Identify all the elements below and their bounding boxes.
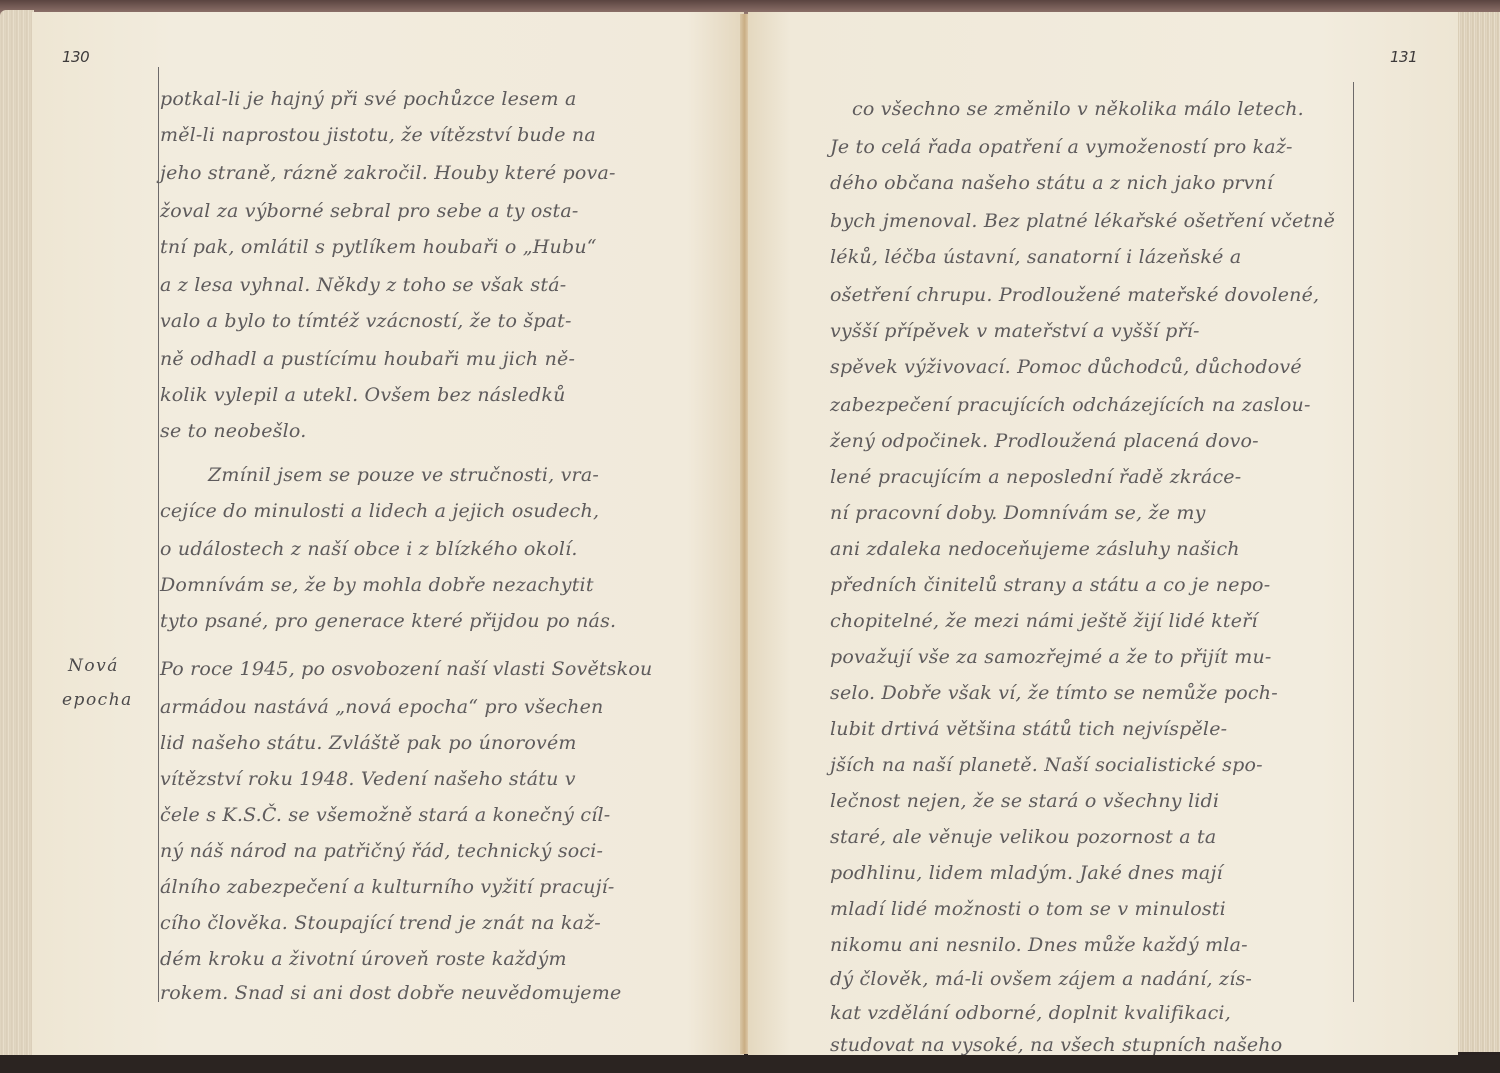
- text-line: Zmínil jsem se pouze ve stručnosti, vra-: [208, 464, 599, 486]
- text-line: kolik vylepil a utekl. Ovšem bez následk…: [160, 384, 566, 406]
- margin-note-line-1: Nová: [68, 656, 119, 676]
- text-line: ošetření chrupu. Prodloužené mateřské do…: [830, 284, 1319, 306]
- text-line: podhlinu, lidem mladým. Jaké dnes mají: [830, 862, 1223, 884]
- text-line: Po roce 1945, po osvobození naší vlasti …: [160, 658, 652, 680]
- right-page-stack: [1456, 12, 1500, 1052]
- text-line: Domnívám se, že by mohla dobře nezachyti…: [160, 574, 594, 596]
- text-line: o událostech z naší obce i z blízkého ok…: [160, 538, 578, 560]
- text-line: Je to celá řada opatření a vymožeností p…: [830, 136, 1293, 158]
- text-line: vítězství roku 1948. Vedení našeho státu…: [160, 768, 576, 790]
- text-line: cího člověka. Stoupající trend je znát n…: [160, 912, 601, 934]
- text-line: selo. Dobře však ví, že tímto se nemůže …: [830, 682, 1278, 704]
- text-line: kat vzdělání odborné, doplnit kvalifikac…: [830, 1002, 1231, 1024]
- text-line: mladí lidé možnosti o tom se v minulosti: [830, 898, 1226, 920]
- page-number-left: 130: [62, 48, 89, 66]
- text-line: léků, léčba ústavní, sanatorní i lázeňsk…: [830, 246, 1241, 268]
- page-number-right: 131: [1390, 48, 1417, 66]
- text-line: dý člověk, má-li ovšem zájem a nadání, z…: [830, 968, 1252, 990]
- text-line: ně odhadl a pustícímu houbaři mu jich ně…: [160, 348, 575, 370]
- margin-note-line-2: epocha: [62, 690, 133, 710]
- text-line: bych jmenoval. Bez platné lékařské ošetř…: [830, 210, 1335, 232]
- margin-rule-right: [1353, 82, 1354, 1002]
- book-bottom-shadow: [0, 1055, 1500, 1073]
- text-line: chopitelné, že mezi námi ještě žijí lidé…: [830, 610, 1258, 632]
- text-line: dém kroku a životní úroveň roste každým: [160, 948, 567, 970]
- text-line: předních činitelů strany a státu a co je…: [830, 574, 1270, 596]
- text-line: ní pracovní doby. Domnívám se, že my: [830, 502, 1206, 524]
- text-line: valo a bylo to tímtéž vzácností, že to š…: [160, 310, 572, 332]
- text-line: zabezpečení pracujících odcházejících na…: [830, 394, 1311, 416]
- text-line: spěvek výživovací. Pomoc důchodců, důcho…: [830, 356, 1302, 378]
- text-line: ani zdaleka nedoceňujeme zásluhy našich: [830, 538, 1240, 560]
- text-line: armádou nastává „nová epocha“ pro všeche…: [160, 696, 603, 718]
- left-page-stack: [0, 10, 34, 1058]
- text-line: lubit drtivá většina států tich nejvíspě…: [830, 718, 1227, 740]
- text-line: staré, ale věnuje velikou pozornost a ta: [830, 826, 1216, 848]
- text-line: jších na naší planetě. Naší socialistick…: [830, 754, 1263, 776]
- text-line: se to neobešlo.: [160, 420, 306, 442]
- text-line: vyšší přípěvek v mateřství a vyšší pří-: [830, 320, 1200, 342]
- text-line: lid našeho státu. Zvláště pak po únorové…: [160, 732, 577, 754]
- text-line: co všechno se změnilo v několika málo le…: [852, 98, 1304, 120]
- right-page: 131 co všechno se změnilo v několika mál…: [748, 12, 1458, 1055]
- text-line: považují vše za samozřejmé a že to přijí…: [830, 646, 1272, 668]
- text-line: a z lesa vyhnal. Někdy z toho se však st…: [160, 274, 566, 296]
- text-line: potkal-li je hajný při své pochůzce lese…: [160, 88, 577, 110]
- margin-rule-left: [158, 67, 159, 1002]
- text-line: lené pracujícím a neposlední řadě zkráce…: [830, 466, 1241, 488]
- text-line: nikomu ani nesnilo. Dnes může každý mla-: [830, 934, 1248, 956]
- text-line: tyto psané, pro generace které přijdou p…: [160, 610, 616, 632]
- text-line: tní pak, omlátil s pytlíkem houbaři o „H…: [160, 236, 597, 258]
- text-line: ný náš národ na patřičný řád, technický …: [160, 840, 603, 862]
- text-line: čele s K.S.Č. se všemožně stará a konečn…: [160, 804, 610, 826]
- text-line: cejíce do minulosti a lidech a jejich os…: [160, 500, 599, 522]
- text-line: žoval za výborné sebral pro sebe a ty os…: [160, 200, 578, 222]
- text-line: lečnost nejen, že se stará o všechny lid…: [830, 790, 1219, 812]
- text-line: álního zabezpečení a kulturního vyžití p…: [160, 876, 615, 898]
- text-line: rokem. Snad si ani dost dobře neuvědomuj…: [160, 982, 621, 1004]
- text-line: dého občana našeho státu a z nich jako p…: [830, 172, 1273, 194]
- text-line: jeho straně, rázně zakročil. Houby které…: [160, 162, 616, 184]
- text-line: měl-li naprostou jistotu, že vítězství b…: [160, 124, 596, 146]
- text-line: studovat na vysoké, na všech stupních na…: [830, 1034, 1282, 1056]
- text-line: žený odpočinek. Prodloužená placená dovo…: [830, 430, 1259, 452]
- left-page: 130 Nová epocha potkal-li je hajný při s…: [32, 12, 744, 1055]
